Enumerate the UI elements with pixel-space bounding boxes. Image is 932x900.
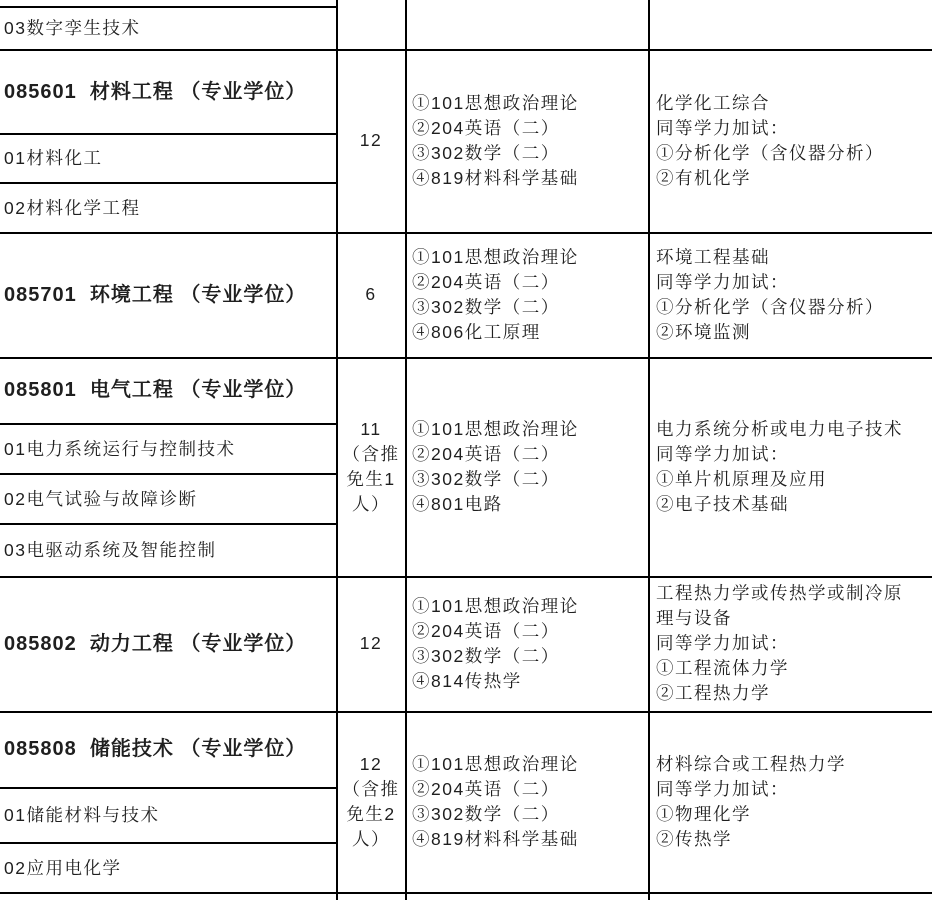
program-title: 085802 动力工程 （专业学位） [0,576,336,711]
program-title: 085701 环境工程 （专业学位） [0,232,336,357]
retest-subject: ②传热学 [656,827,932,852]
retest-subjects: 环境工程基础 同等学力加试： ①分析化学（含仪器分析） ②环境监测 [648,232,932,357]
retest-subject: ①单片机原理及应用 [656,467,932,492]
research-direction-label: 01电力系统运行与控制技术 [4,437,336,462]
research-direction-label: 03数字孪生技术 [4,16,336,41]
exam-subject: ③302数学（二） [412,802,648,827]
exam-subject: ③302数学（二） [412,467,648,492]
exam-subject: ④819材料科学基础 [412,827,648,852]
research-direction: 01材料化工 [0,135,336,182]
retest-subject: ①物理化学 [656,802,932,827]
retest-subject: 材料综合或工程热力学 [656,752,932,777]
exam-subject: ③302数学（二） [412,644,648,669]
retest-subject: 化学化工综合 [656,91,932,116]
research-direction: 03电驱动系统及智能控制 [0,525,336,576]
exam-subject: ②204英语（二） [412,619,648,644]
exam-subject: ①101思想政治理论 [412,594,648,619]
exam-subject: ②204英语（二） [412,777,648,802]
exam-subjects: ①101思想政治理论 ②204英语（二） ③302数学（二） ④806化工原理 [405,232,648,357]
enrollment-line: 免生1 [346,467,395,492]
exam-subject: ④814传热学 [412,669,648,694]
retest-subject: 电力系统分析或电力电子技术 [656,417,932,442]
retest-subject: ②工程热力学 [656,681,932,706]
enrollment-line: （含推 [343,777,400,802]
exam-subject: ②204英语（二） [412,116,648,141]
exam-subject: ④806化工原理 [412,320,648,345]
program-title-label: 085802 动力工程 （专业学位） [4,631,336,657]
research-direction: 02材料化学工程 [0,184,336,232]
research-direction: 02应用电化学 [0,844,336,892]
program-title: 085601 材料工程 （专业学位） [0,51,336,133]
exam-subjects: ①101思想政治理论 ②204英语（二） ③302数学（二） ④819材料科学基… [405,711,648,892]
program-title: 085801 电气工程 （专业学位） [0,357,336,423]
retest-subject: 同等学力加试： [656,116,932,141]
program-title-label: 085601 材料工程 （专业学位） [4,79,336,105]
retest-subjects: 电力系统分析或电力电子技术 同等学力加试： ①单片机原理及应用 ②电子技术基础 [648,357,932,576]
retest-subject: ①分析化学（含仪器分析） [656,295,932,320]
exam-subject: ④801电路 [412,492,648,517]
retest-subject: 工程热力学或传热学或制冷原 [656,581,932,606]
exam-subject: ④819材料科学基础 [412,166,648,191]
exam-subject: ①101思想政治理论 [412,91,648,116]
exam-subjects: ①101思想政治理论 ②204英语（二） ③302数学（二） ④814传热学 [405,576,648,711]
retest-subject: 同等学力加试： [656,777,932,802]
program-title-label: 085801 电气工程 （专业学位） [4,377,336,403]
exam-subject: ③302数学（二） [412,141,648,166]
research-direction-label: 01储能材料与技术 [4,803,336,828]
retest-subject: 同等学力加试： [656,631,932,656]
enrollment-line: 12 [360,128,382,153]
research-direction: 02电气试验与故障诊断 [0,475,336,523]
research-direction: 01电力系统运行与控制技术 [0,425,336,473]
enrollment-count: 12 [337,576,405,711]
enrollment-count: 12 [337,49,405,232]
retest-subjects: 材料综合或工程热力学 同等学力加试： ①物理化学 ②传热学 [648,711,932,892]
retest-subject: ②电子技术基础 [656,492,932,517]
program-title-label: 085808 储能技术 （专业学位） [4,736,336,762]
exam-subject: ①101思想政治理论 [412,752,648,777]
exam-subject: ②204英语（二） [412,270,648,295]
research-direction-label: 02应用电化学 [4,856,336,881]
research-direction: 01储能材料与技术 [0,789,336,842]
retest-subject: ②有机化学 [656,166,932,191]
exam-subjects: ①101思想政治理论 ②204英语（二） ③302数学（二） ④819材料科学基… [405,49,648,232]
enrollment-line: 人） [352,492,390,517]
exam-subject: ③302数学（二） [412,295,648,320]
retest-subject: 同等学力加试： [656,442,932,467]
enrollment-count: 6 [337,232,405,357]
exam-subject: ①101思想政治理论 [412,245,648,270]
retest-subject: 理与设备 [656,606,932,631]
research-direction-label: 02电气试验与故障诊断 [4,487,336,512]
research-direction-label: 02材料化学工程 [4,196,336,221]
enrollment-count: 12 （含推 免生2 人） [337,711,405,892]
program-title: 085808 储能技术 （专业学位） [0,711,336,787]
enrollment-count: 11 （含推 免生1 人） [337,357,405,576]
retest-subject: ①分析化学（含仪器分析） [656,141,932,166]
enrollment-line: 6 [365,282,376,307]
enrollment-line: 11 [360,417,381,442]
enrollment-line: 免生2 [346,802,395,827]
enrollment-line: 人） [352,827,390,852]
retest-subjects: 化学化工综合 同等学力加试： ①分析化学（含仪器分析） ②有机化学 [648,49,932,232]
retest-subject: 环境工程基础 [656,245,932,270]
research-direction-label: 03电驱动系统及智能控制 [4,538,336,563]
program-title-label: 085701 环境工程 （专业学位） [4,282,336,308]
research-direction-label: 01材料化工 [4,146,336,171]
exam-subject: ②204英语（二） [412,442,648,467]
enrollment-line: 12 [360,631,382,656]
research-direction: 03数字孪生技术 [0,8,336,49]
retest-subject: ①工程流体力学 [656,656,932,681]
exam-subjects: ①101思想政治理论 ②204英语（二） ③302数学（二） ④801电路 [405,357,648,576]
retest-subjects: 工程热力学或传热学或制冷原 理与设备 同等学力加试： ①工程流体力学 ②工程热力… [648,576,932,711]
admissions-table: 03数字孪生技术 085601 材料工程 （专业学位） 01材料化工 02材料化… [0,0,932,900]
table-border [0,892,932,894]
retest-subject: ②环境监测 [656,320,932,345]
enrollment-line: （含推 [343,442,400,467]
exam-subject: ①101思想政治理论 [412,417,648,442]
enrollment-line: 12 [360,752,382,777]
retest-subject: 同等学力加试： [656,270,932,295]
